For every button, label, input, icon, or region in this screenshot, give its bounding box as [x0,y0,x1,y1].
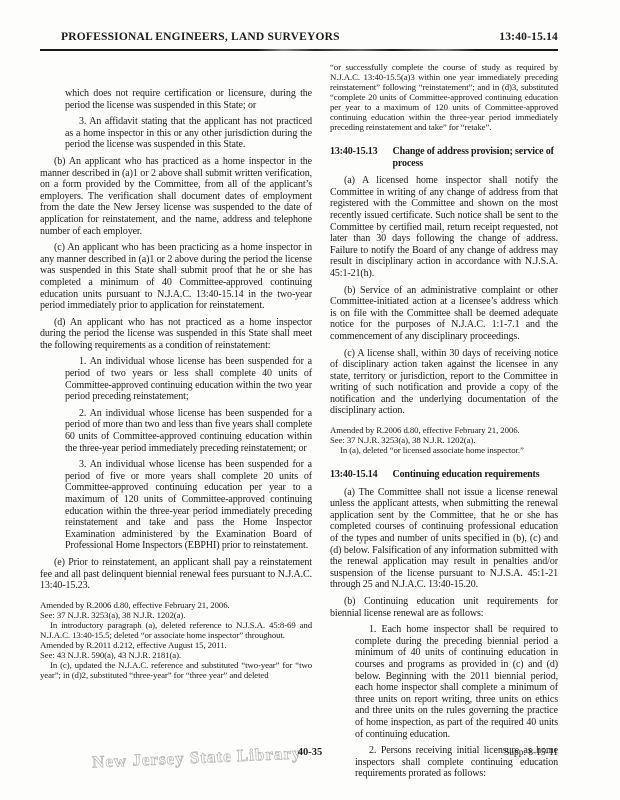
text-block: (e) Prior to reinstatement, an applicant… [40,557,312,592]
section-number: 13:40-15.14 [330,469,378,481]
block-text: (b) An applicant who has practiced as a … [40,156,312,237]
text-block: In (c), updated the N.J.A.C. reference a… [40,660,312,680]
text-block: (a) The Committee shall not issue a lice… [330,487,558,591]
block-text: 1. An individual whose license has been … [65,356,312,402]
block-text: which does not require certification or … [65,88,312,111]
text-block: See: 37 N.J.R. 3253(a), 38 N.J.R. 1202(a… [330,435,558,445]
block-text: 3. An individual whose license has been … [65,459,312,551]
block-text: “or successfully complete the course of … [330,62,558,132]
text-block: (c) An applicant who has been practicing… [40,242,312,312]
text-block: (b) An applicant who has practiced as a … [40,156,312,237]
text-block: which does not require certification or … [65,88,312,111]
text-block: 1. Each home inspector shall be required… [355,624,558,740]
text-block: See: 37 N.J.R. 3253(a), 38 N.J.R. 1202(a… [40,610,312,620]
text-block: (b) Continuing education unit requiremen… [330,596,558,619]
block-text: (a) The Committee shall not issue a lice… [330,487,558,591]
left-column: which does not require certification or … [40,88,312,680]
page-header: PROFESSIONAL ENGINEERS, LAND SURVEYORS 1… [40,31,558,43]
text-block: In (a), deleted “or licensed associate h… [330,445,558,455]
block-text: (c) A license shall, within 30 days of r… [330,348,558,417]
block-text: See: 43 N.J.R. 590(a), 43 N.J.R. 2181(a)… [40,650,181,660]
block-text: (a) A licensed home inspector shall noti… [330,175,558,279]
block-text: (d) An applicant who has not practiced a… [40,317,312,351]
block-text: Amended by R.2011 d.212, effective Augus… [40,640,227,650]
right-column: “or successfully complete the course of … [330,62,558,780]
block-text: (c) An applicant who has been practicing… [40,242,312,311]
text-block: In introductory paragraph (a), deleted r… [40,620,312,640]
text-block: Amended by R.2006 d.80, effective Februa… [40,600,312,610]
block-text: Change of address provision; service of … [393,146,558,169]
text-block: 13:40-15.13 Change of address provision;… [330,146,558,169]
section-number: 13:40-15.13 [330,146,378,169]
text-block: (c) A license shall, within 30 days of r… [330,348,558,418]
text-block: Amended by R.2011 d.212, effective Augus… [40,640,312,650]
text-block: 3. An individual whose license has been … [65,459,312,552]
document-page: PROFESSIONAL ENGINEERS, LAND SURVEYORS 1… [0,0,620,800]
block-text: In (c), updated the N.J.A.C. reference a… [40,660,312,680]
block-text: See: 37 N.J.R. 3253(a), 38 N.J.R. 1202(a… [40,610,185,620]
block-text: (b) Continuing education unit requiremen… [330,596,558,619]
text-block: 3. An affidavit stating that the applica… [65,116,312,151]
block-text: 1. Each home inspector shall be required… [355,624,558,739]
block-text: 3. An affidavit stating that the applica… [65,116,312,150]
block-text: 2. An individual whose license has been … [65,408,312,454]
text-block: (d) An applicant who has not practiced a… [40,317,312,352]
text-block: 13:40-15.14 Continuing education require… [330,469,558,481]
text-block: Amended by R.2006 d.80, effective Februa… [330,425,558,435]
text-block: See: 43 N.J.R. 590(a), 43 N.J.R. 2181(a)… [40,650,312,660]
header-title: PROFESSIONAL ENGINEERS, LAND SURVEYORS [40,31,340,43]
block-text: Continuing education requirements [393,469,558,481]
block-text: Amended by R.2006 d.80, effective Februa… [40,600,230,610]
text-block: “or successfully complete the course of … [330,62,558,132]
block-text: Amended by R.2006 d.80, effective Februa… [330,425,520,435]
text-block: (b) Service of an administrative complai… [330,285,558,343]
text-block: 1. An individual whose license has been … [65,356,312,402]
block-text: In (a), deleted “or licensed associate h… [340,445,524,455]
header-section-ref: 13:40-15.14 [499,31,558,43]
block-text: In introductory paragraph (a), deleted r… [40,620,312,640]
footer-supplement: Supp. 8-15-11 [504,748,558,758]
text-block: 2. An individual whose license has been … [65,408,312,454]
block-text: (b) Service of an administrative complai… [330,285,558,342]
block-text: See: 37 N.J.R. 3253(a), 38 N.J.R. 1202(a… [330,435,475,445]
header-rule [40,49,558,51]
block-text: (e) Prior to reinstatement, an applicant… [40,557,312,591]
text-block: (a) A licensed home inspector shall noti… [330,175,558,279]
